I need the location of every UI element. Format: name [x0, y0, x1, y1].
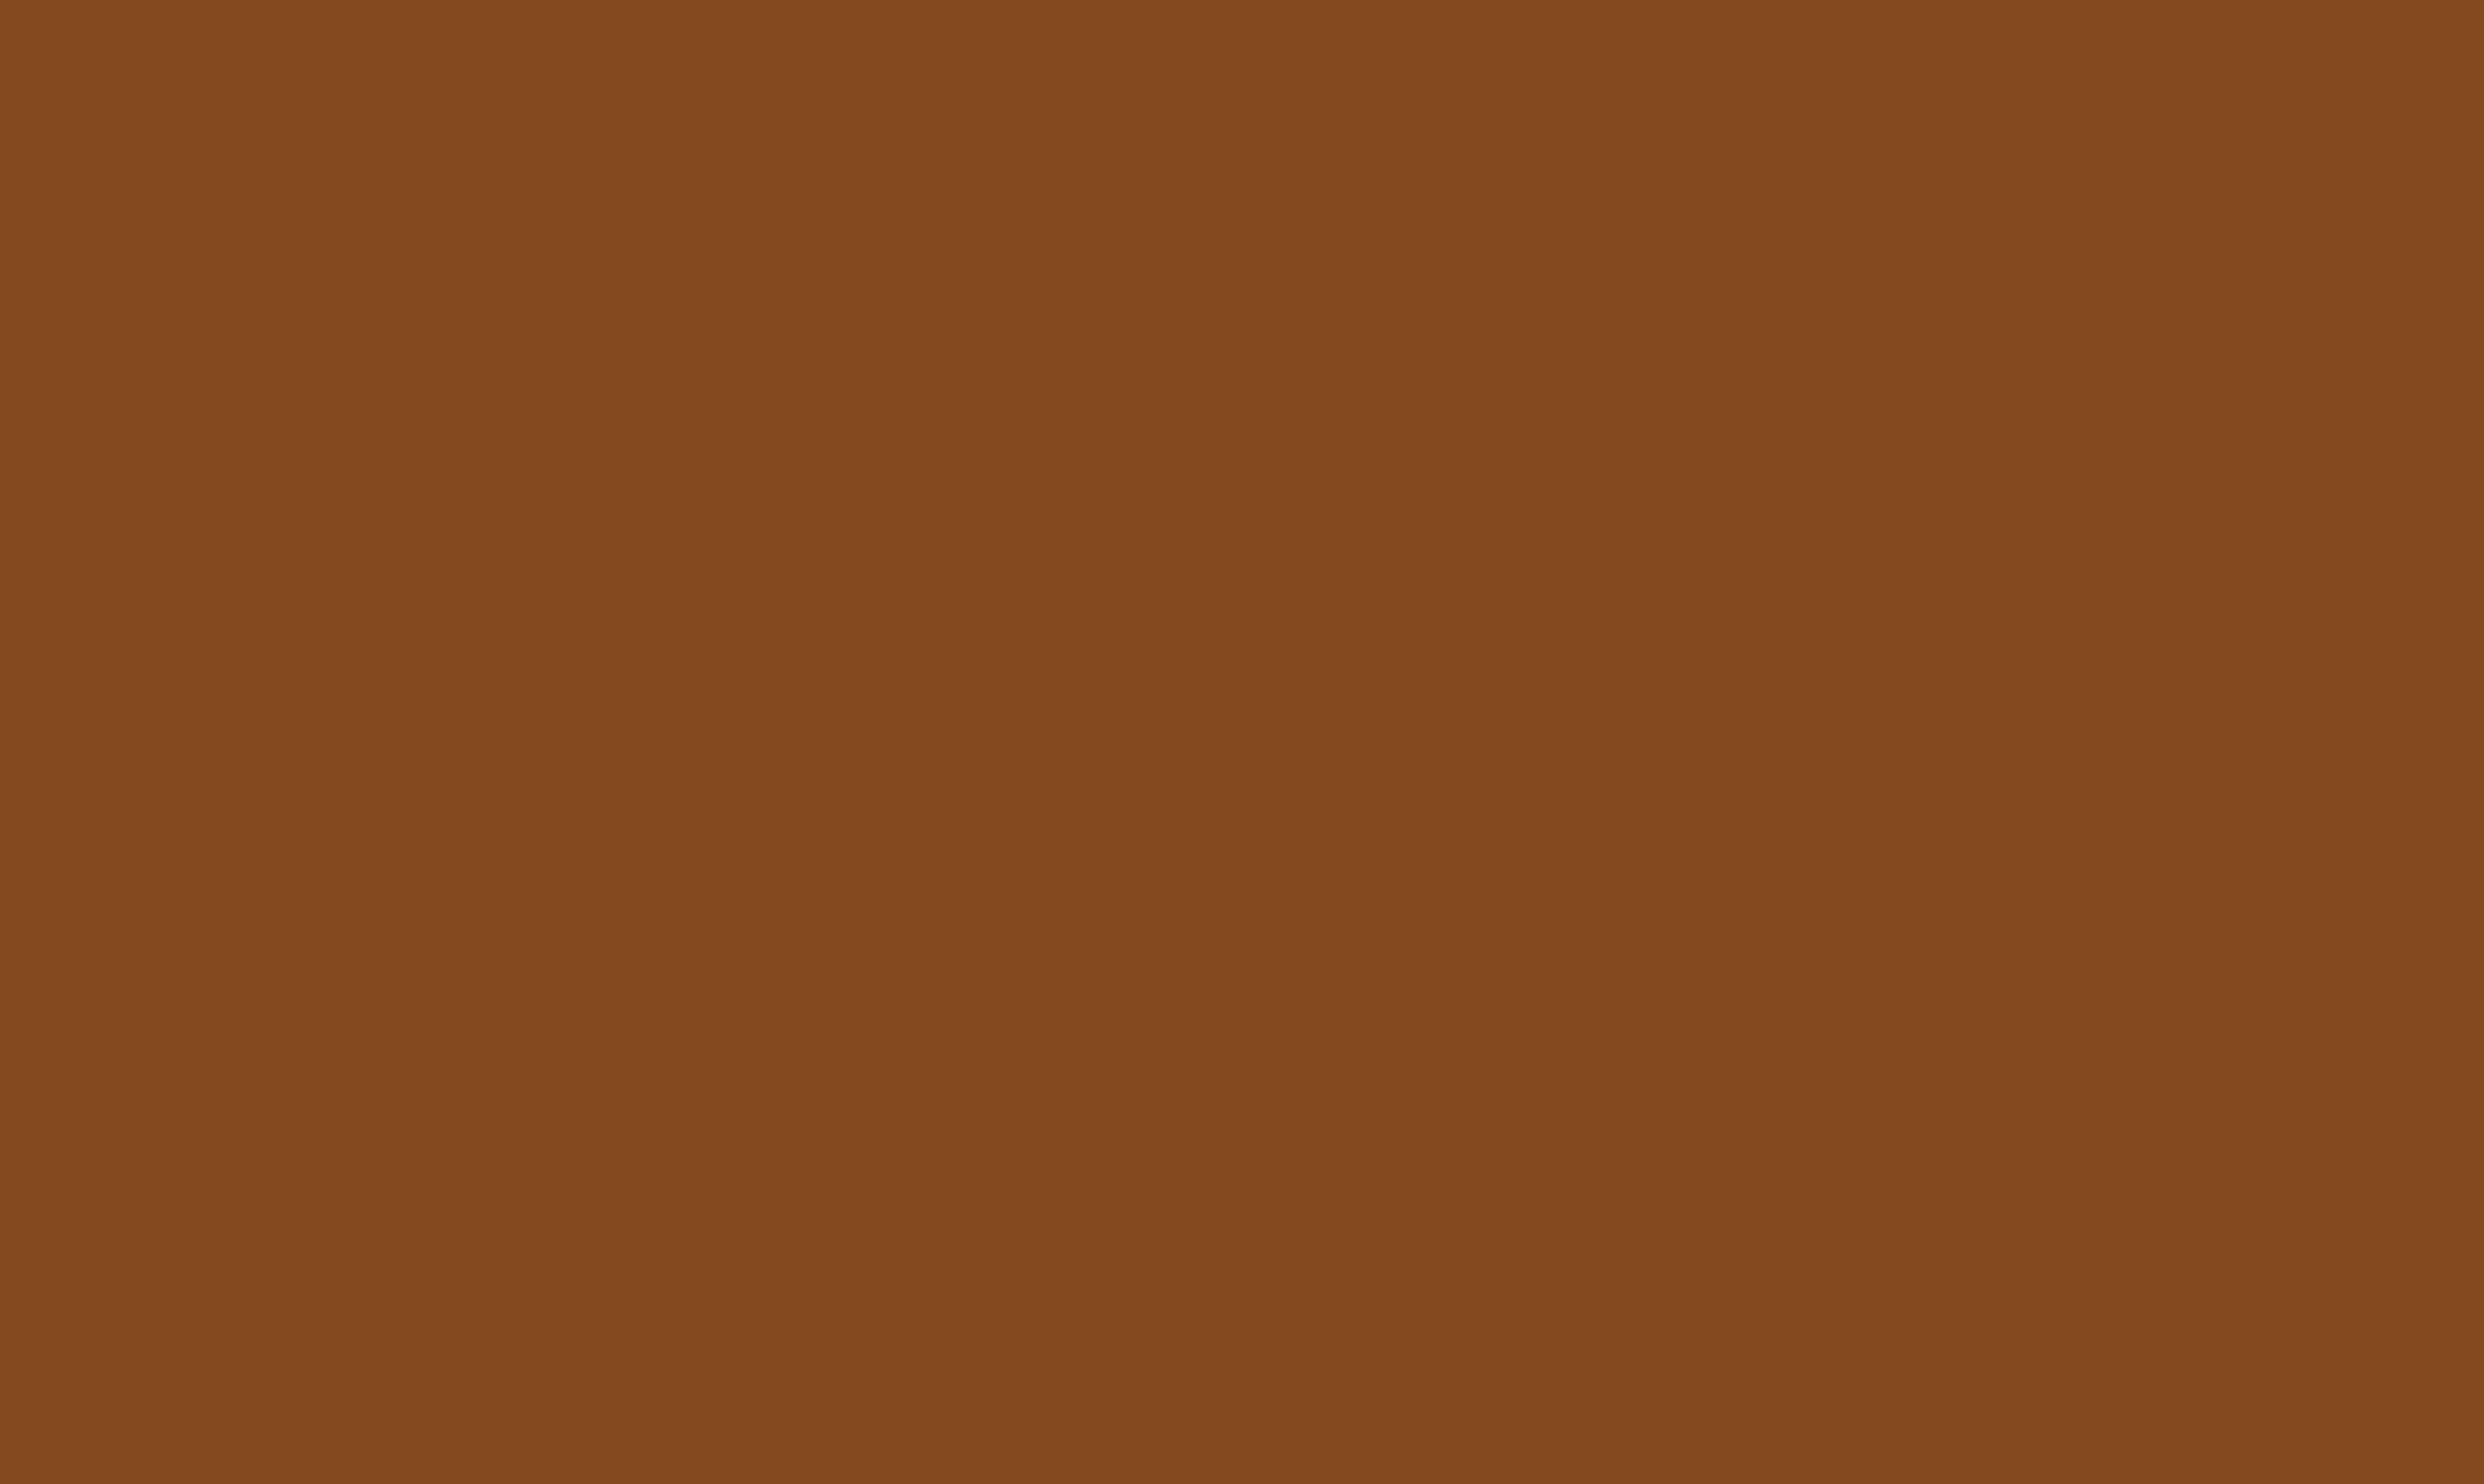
manuscript-photo-scene: [0, 0, 2484, 1484]
manuscript-photo: [0, 0, 2484, 1484]
